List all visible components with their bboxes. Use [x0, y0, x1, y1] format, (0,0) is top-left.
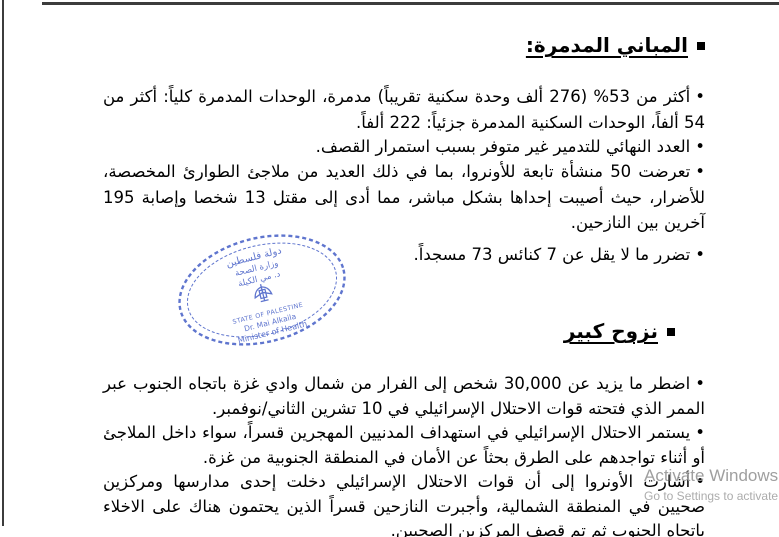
bullet-icon: • [695, 137, 705, 156]
bullet-paragraph: •اضطر ما يزيد عن 30,000 شخص إلى الفرار م… [103, 372, 705, 421]
bullet-paragraph: •العدد النهائي للتدمير غير متوفر بسبب اس… [103, 134, 705, 160]
bullet-icon: • [695, 374, 705, 393]
bullet-text: أشارت الأونروا إلى أن قوات الاحتلال الإس… [103, 472, 705, 537]
bullet-icon: • [695, 423, 705, 442]
square-bullet-icon [667, 328, 675, 336]
square-bullet-icon [697, 42, 705, 50]
bullet-text: اضطر ما يزيد عن 30,000 شخص إلى الفرار من… [103, 374, 705, 418]
bullet-paragraph: •يستمر الاحتلال الإسرائيلي في استهداف ال… [103, 421, 705, 470]
bullet-text: تضرر ما لا يقل عن 7 كنائس 73 مسجداً. [414, 245, 691, 264]
bullet-text: تعرضت 50 منشأة تابعة للأونروا، بما في ذل… [103, 162, 705, 232]
bullet-text: العدد النهائي للتدمير غير متوفر بسبب است… [316, 137, 691, 156]
heading-major-displacement: نزوح كبير [564, 319, 675, 344]
bullet-text: أكثر من 53% (276 ألف وحدة سكنية تقريباً)… [103, 87, 705, 132]
bullet-icon: • [695, 87, 705, 106]
bullet-paragraph: •أكثر من 53% (276 ألف وحدة سكنية تقريباً… [103, 84, 705, 135]
bullet-paragraph: •تعرضت 50 منشأة تابعة للأونروا، بما في ذ… [103, 159, 705, 236]
watermark-subtitle: Go to Settings to activate Windows. [644, 489, 779, 503]
watermark-title: Activate Windows [644, 466, 779, 485]
ministry-stamp: دولة فلسطين وزارة الصحة د. مي الكيلة STA… [174, 231, 350, 349]
bullet-icon: • [695, 162, 705, 181]
bullet-text: يستمر الاحتلال الإسرائيلي في استهداف الم… [103, 423, 705, 467]
heading-text: المباني المدمرة: [526, 33, 688, 58]
bullet-icon: • [695, 245, 705, 264]
document-page: { "doc": { "bullet_char": "•", "heading1… [0, 0, 779, 537]
activate-windows-watermark: Activate Windows Go to Settings to activ… [644, 466, 779, 503]
heading-destroyed-buildings: المباني المدمرة: [526, 33, 705, 58]
heading-text: نزوح كبير [564, 319, 658, 344]
page-edge-left [2, 0, 4, 526]
bullet-paragraph: •أشارت الأونروا إلى أن قوات الاحتلال الإ… [103, 470, 705, 537]
